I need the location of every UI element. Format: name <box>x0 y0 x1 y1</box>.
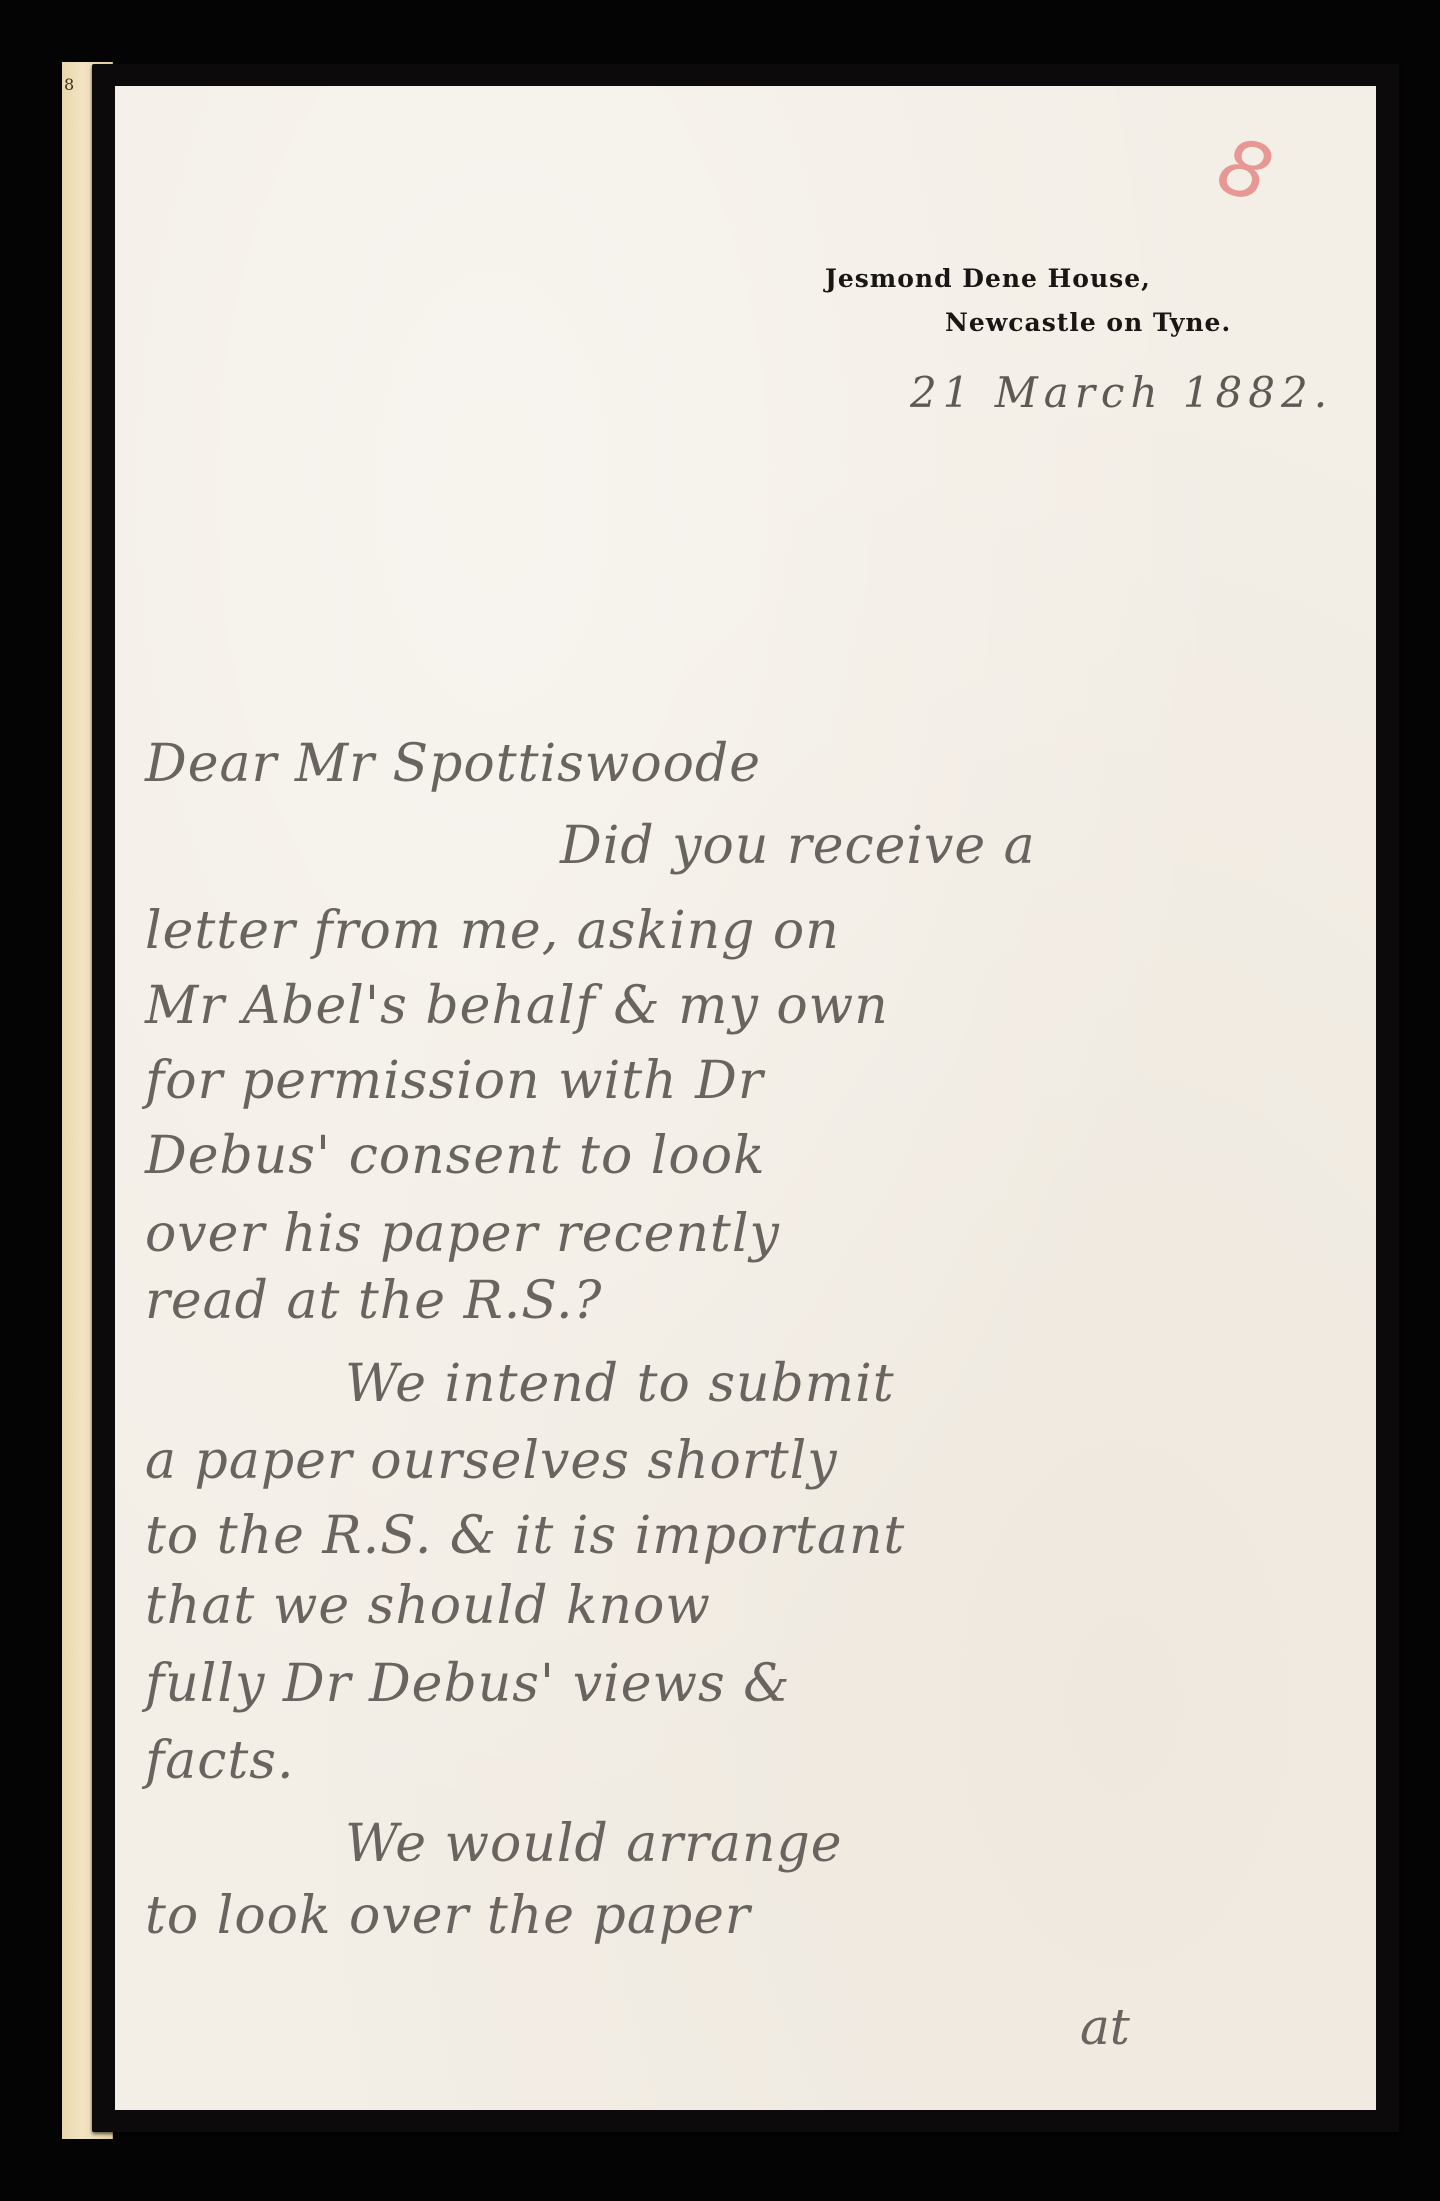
salutation: Dear Mr Spottiswoode <box>145 734 761 794</box>
folio-number: 8 <box>1207 121 1282 222</box>
body-line: a paper ourselves shortly <box>145 1431 838 1491</box>
body-line: Debus' consent to look <box>145 1126 766 1186</box>
body-line: over his paper recently <box>145 1204 780 1264</box>
body-line: for permission with Dr <box>145 1051 764 1111</box>
body-line: We would arrange <box>345 1814 843 1874</box>
body-line: Mr Abel's behalf & my own <box>145 976 889 1036</box>
body-line: read at the R.S.? <box>145 1271 602 1331</box>
letterhead-line-1: Jesmond Dene House, <box>825 264 1151 293</box>
body-line: to the R.S. & it is important <box>145 1506 905 1566</box>
catchword: at <box>1080 1998 1130 2056</box>
body-line: that we should know <box>145 1576 711 1636</box>
letterhead-line-2: Newcastle on Tyne. <box>945 308 1231 337</box>
letter-paper: 8 Jesmond Dene House, Newcastle on Tyne.… <box>115 86 1376 2110</box>
letter-date: 21 March 1882. <box>910 368 1333 417</box>
body-line: facts. <box>145 1731 294 1791</box>
body-line: We intend to submit <box>345 1354 895 1414</box>
body-line: to look over the paper <box>145 1886 751 1946</box>
body-line: Did you receive a <box>560 816 1036 876</box>
body-line: fully Dr Debus' views & <box>145 1654 791 1714</box>
backing-mark: 8 <box>64 75 74 94</box>
letter-sheet-border: 8 Jesmond Dene House, Newcastle on Tyne.… <box>92 64 1399 2132</box>
body-line: letter from me, asking on <box>145 901 840 961</box>
